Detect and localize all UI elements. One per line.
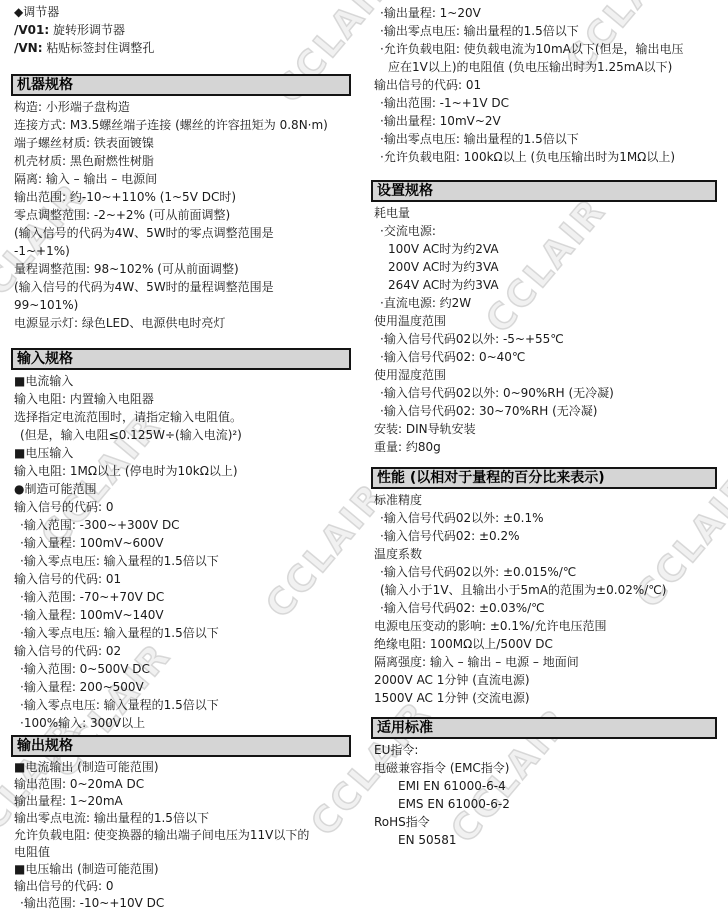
text-line: EU指令: <box>371 741 717 759</box>
line-text: 输出零点电流: 输出量程的1.5倍以下 <box>14 811 209 825</box>
text-line: /V01: 旋转形调节器 <box>11 21 351 39</box>
text-line: 量程调整范围: 98~102% (可从前面调整) <box>11 260 351 278</box>
text-line: ·输入范围: -70~+70V DC <box>11 588 351 606</box>
line-text: 99~101%) <box>14 298 78 312</box>
line-text: 绝缘电阻: 100MΩ以上/500V DC <box>374 637 553 651</box>
line-text: 电源显示灯: 绿色LED、电源供电时亮灯 <box>14 316 225 330</box>
line-text: ·输入范围: -70~+70V DC <box>20 590 164 604</box>
text-line: ■电流输出 (制造可能范围) <box>11 759 351 776</box>
text-line: 100V AC时为约2VA <box>371 240 717 258</box>
section-title: 设置规格 <box>377 183 433 199</box>
line-text: ·输入信号代码02: ±0.2% <box>380 529 519 543</box>
line-text: ·输入零点电压: 输入量程的1.5倍以下 <box>20 626 219 640</box>
line-text: 旋转形调节器 <box>49 23 125 37</box>
text-line: ·输入量程: 200~500V <box>11 678 351 696</box>
text-line: 标准精度 <box>371 491 717 509</box>
text-line: ·100%输入: 300V以上 <box>11 714 351 732</box>
line-text: 连接方式: M3.5螺丝端子连接 (螺丝的许容扭矩为 0.8N·m) <box>14 118 328 132</box>
text-line: ■电压输出 (制造可能范围) <box>11 861 351 878</box>
line-text: 输入电阻: 内置输入电阻器 <box>14 392 154 406</box>
text-line: ·输入范围: -300~+300V DC <box>11 516 351 534</box>
line-text: 100V AC时为约2VA <box>388 242 499 256</box>
section-header-applicable-standards: 适用标准 <box>371 717 717 739</box>
text-line: ·输入信号代码02以外: 0~90%RH (无冷凝) <box>371 384 717 402</box>
text-line: 输出量程: 1~20mA <box>11 793 351 810</box>
text-line: ·允许负载电阻: 100kΩ以上 (负电压输出时为1MΩ以上) <box>371 148 717 166</box>
line-text: ■电压输出 (制造可能范围) <box>14 862 159 876</box>
text-line: ·输入信号代码02: 0~40℃ <box>371 348 717 366</box>
text-line: ·输入量程: 100mV~600V <box>11 534 351 552</box>
text-line: 输出信号的代码: 01 <box>371 76 717 94</box>
line-text: EU指令: <box>374 743 418 757</box>
line-text: 选择指定电流范围时，请指定输入电阻值。 <box>14 410 242 424</box>
text-line: ·输出范围: -10~+10V DC <box>11 895 351 912</box>
text-line: /VN: 粘贴标签封住调整孔 <box>11 39 351 57</box>
line-text: ·输入量程: 100mV~140V <box>20 608 164 622</box>
text-line: 输出范围: 0~20mA DC <box>11 776 351 793</box>
text-line: 使用湿度范围 <box>371 366 717 384</box>
line-text: ◆调节器 <box>14 5 59 19</box>
line-text: ·输出范围: -1~+1V DC <box>380 96 509 110</box>
section-header-machine-specs: 机器规格 <box>11 74 351 96</box>
text-line: ·输出量程: 1~20V <box>371 4 717 22</box>
text-line: (输入信号的代码为4W、5W时的零点调整范围是 <box>11 224 351 242</box>
text-line: 零点调整范围: -2~+2% (可从前面调整) <box>11 206 351 224</box>
line-text: 端子螺丝材质: 铁表面镀镍 <box>14 136 154 150</box>
line-text: ·输入信号代码02: 0~40℃ <box>380 350 525 364</box>
line-text: (输入小于1V、且输出小于5mA的范围为±0.02%/℃) <box>380 583 666 597</box>
text-line: ·允许负载电阻: 使负载电流为10mA以下(但是，输出电压 <box>371 40 717 58</box>
text-line: -1~+1%) <box>11 242 351 260</box>
section-title: 性能 (以相对于量程的百分比来表示) <box>377 470 605 486</box>
text-line: ·输入零点电压: 输入量程的1.5倍以下 <box>11 552 351 570</box>
line-text: 重量: 约80g <box>374 440 441 454</box>
line-text: 构造: 小形端子盘构造 <box>14 100 130 114</box>
line-text: ·输出量程: 1~20V <box>380 6 481 20</box>
text-line: ·输出范围: -1~+1V DC <box>371 94 717 112</box>
text-line: ·输入信号代码02以外: ±0.1% <box>371 509 717 527</box>
text-line: 输入信号的代码: 01 <box>11 570 351 588</box>
line-text: -1~+1%) <box>14 244 70 258</box>
line-text: ■电流输入 <box>14 374 73 388</box>
line-text: 输入信号的代码: 02 <box>14 644 121 658</box>
text-line: ■电压输入 <box>11 444 351 462</box>
line-text: 电源电压变动的影响: ±0.1%/允许电压范围 <box>374 619 606 633</box>
spacer <box>371 707 717 717</box>
text-line: ·输入信号代码02: 30~70%RH (无冷凝) <box>371 402 717 420</box>
line-text: ·输入信号代码02: 30~70%RH (无冷凝) <box>380 404 597 418</box>
spacer <box>11 57 351 74</box>
text-line: 输入信号的代码: 02 <box>11 642 351 660</box>
text-line: ·输入信号代码02: ±0.03%/℃ <box>371 599 717 617</box>
text-line: ·输入信号代码02: ±0.2% <box>371 527 717 545</box>
text-line: (但是，输入电阻≤0.125W÷(输入电流)²) <box>11 426 351 444</box>
text-line: 输入电阻: 1MΩ以上 (停电时为10kΩ以上) <box>11 462 351 480</box>
line-text: ·允许负载电阻: 100kΩ以上 (负电压输出时为1MΩ以上) <box>380 150 675 164</box>
option-code: /VN: <box>14 41 43 55</box>
text-line: ·输入零点电压: 输入量程的1.5倍以下 <box>11 624 351 642</box>
line-text: 200V AC时为约3VA <box>388 260 499 274</box>
line-text: 应在1V以上)的电阻值 (负电压输出时为1.25mA以下) <box>388 60 672 74</box>
line-text: 允许负载电阻: 使变换器的输出端子间电压为11V以下的 <box>14 828 309 842</box>
line-text: 输出信号的代码: 0 <box>14 879 114 893</box>
spacer <box>371 456 717 467</box>
text-line: 2000V AC 1分钟 (直流电源) <box>371 671 717 689</box>
right-column: ·输出量程: 1~20V·输出零点电压: 输出量程的1.5倍以下·允许负载电阻:… <box>371 0 717 849</box>
line-text: EMS EN 61000-6-2 <box>398 797 510 811</box>
line-text: 2000V AC 1分钟 (直流电源) <box>374 673 530 687</box>
text-line: ·输出量程: 10mV~2V <box>371 112 717 130</box>
text-line: 输出范围: 约-10~+110% (1~5V DC时) <box>11 188 351 206</box>
line-text: (但是，输入电阻≤0.125W÷(输入电流)²) <box>20 428 242 442</box>
line-text: ·交流电源: <box>380 224 436 238</box>
text-line: 选择指定电流范围时，请指定输入电阻值。 <box>11 408 351 426</box>
line-text: 输出范围: 0~20mA DC <box>14 777 144 791</box>
text-line: 温度系数 <box>371 545 717 563</box>
line-text: 安装: DIN导轨安装 <box>374 422 476 436</box>
line-text: ·输出范围: -10~+10V DC <box>20 896 164 910</box>
text-line: ·输出零点电压: 输出量程的1.5倍以下 <box>371 130 717 148</box>
line-text: RoHS指令 <box>374 815 430 829</box>
line-text: 电阻值 <box>14 845 50 859</box>
line-text: ·输入信号代码02以外: 0~90%RH (无冷凝) <box>380 386 614 400</box>
line-text: ·输入信号代码02以外: ±0.015%/℃ <box>380 565 576 579</box>
line-text: 隔离强度: 输入 – 输出 – 电源 – 地面间 <box>374 655 579 669</box>
section-title: 适用标准 <box>377 720 433 736</box>
line-text: ·允许负载电阻: 使负载电流为10mA以下(但是，输出电压 <box>380 42 684 56</box>
text-line: 隔离强度: 输入 – 输出 – 电源 – 地面间 <box>371 653 717 671</box>
text-line: 264V AC时为约3VA <box>371 276 717 294</box>
text-line: 输出信号的代码: 0 <box>11 878 351 895</box>
line-text: ·直流电源: 约2W <box>380 296 471 310</box>
section-title: 输入规格 <box>17 351 73 367</box>
line-text: ·输出量程: 10mV~2V <box>380 114 501 128</box>
section-header-performance: 性能 (以相对于量程的百分比来表示) <box>371 467 717 489</box>
line-text: 标准精度 <box>374 493 422 507</box>
text-line: 200V AC时为约3VA <box>371 258 717 276</box>
line-text: 输出量程: 1~20mA <box>14 794 123 808</box>
text-line: 电磁兼容指令 (EMC指令) <box>371 759 717 777</box>
line-text: ■电压输入 <box>14 446 73 460</box>
line-text: ■电流输出 (制造可能范围) <box>14 760 159 774</box>
line-text: 1500V AC 1分钟 (交流电源) <box>374 691 530 705</box>
text-line: ·直流电源: 约2W <box>371 294 717 312</box>
text-line: 输入信号的代码: 0 <box>11 498 351 516</box>
text-line: 机壳材质: 黑色耐燃性树脂 <box>11 152 351 170</box>
line-text: ·输入范围: 0~500V DC <box>20 662 150 676</box>
text-line: 允许负载电阻: 使变换器的输出端子间电压为11V以下的 <box>11 827 351 844</box>
text-line: 电阻值 <box>11 844 351 861</box>
text-line: 使用温度范围 <box>371 312 717 330</box>
spacer <box>11 332 351 348</box>
text-line: ·输入信号代码02以外: ±0.015%/℃ <box>371 563 717 581</box>
line-text: (输入信号的代码为4W、5W时的零点调整范围是 <box>14 226 274 240</box>
text-line: (输入小于1V、且输出小于5mA的范围为±0.02%/℃) <box>371 581 717 599</box>
text-line: 隔离: 输入 – 输出 – 电源间 <box>11 170 351 188</box>
line-text: 输入信号的代码: 01 <box>14 572 121 586</box>
left-column: ◆调节器/V01: 旋转形调节器/VN: 粘贴标签封住调整孔机器规格构造: 小形… <box>11 0 351 912</box>
line-text: EMI EN 61000-6-4 <box>398 779 506 793</box>
line-text: 输出范围: 约-10~+110% (1~5V DC时) <box>14 190 236 204</box>
line-text: 使用温度范围 <box>374 314 446 328</box>
datasheet-page: CCLAIR CCLAIR CCLAIR CCLAIR CCLAIR CCLAI… <box>0 0 728 913</box>
text-line: 1500V AC 1分钟 (交流电源) <box>371 689 717 707</box>
text-line: 安装: DIN导轨安装 <box>371 420 717 438</box>
section-header-setting-specs: 设置规格 <box>371 180 717 202</box>
line-text: 输出信号的代码: 01 <box>374 78 481 92</box>
section-header-output-specs: 输出规格 <box>11 735 351 757</box>
text-line: ·输入信号代码02以外: -5~+55℃ <box>371 330 717 348</box>
text-line: ·交流电源: <box>371 222 717 240</box>
text-line: (输入信号的代码为4W、5W时的量程调整范围是 <box>11 278 351 296</box>
line-text: 264V AC时为约3VA <box>388 278 499 292</box>
line-text: EN 50581 <box>398 833 457 847</box>
line-text: 耗电量 <box>374 206 410 220</box>
text-line: 绝缘电阻: 100MΩ以上/500V DC <box>371 635 717 653</box>
line-text: 量程调整范围: 98~102% (可从前面调整) <box>14 262 239 276</box>
line-text: ·输入零点电压: 输入量程的1.5倍以下 <box>20 554 219 568</box>
text-line: 99~101%) <box>11 296 351 314</box>
section-header-input-specs: 输入规格 <box>11 348 351 370</box>
text-line: ■电流输入 <box>11 372 351 390</box>
line-text: ·100%输入: 300V以上 <box>20 716 145 730</box>
line-text: ·输入量程: 100mV~600V <box>20 536 164 550</box>
text-line: 连接方式: M3.5螺丝端子连接 (螺丝的许容扭矩为 0.8N·m) <box>11 116 351 134</box>
line-text: ·输出零点电压: 输出量程的1.5倍以下 <box>380 132 579 146</box>
text-line: ◆调节器 <box>11 3 351 21</box>
line-text: ·输入信号代码02以外: -5~+55℃ <box>380 332 564 346</box>
line-text: 电磁兼容指令 (EMC指令) <box>374 761 510 775</box>
line-text: 温度系数 <box>374 547 422 561</box>
line-text: ·输入信号代码02以外: ±0.1% <box>380 511 543 525</box>
text-line: ·输出零点电压: 输出量程的1.5倍以下 <box>371 22 717 40</box>
text-line: 重量: 约80g <box>371 438 717 456</box>
text-line: 应在1V以上)的电阻值 (负电压输出时为1.25mA以下) <box>371 58 717 76</box>
section-title: 机器规格 <box>17 77 73 93</box>
text-line: EMI EN 61000-6-4 <box>371 777 717 795</box>
spacer <box>371 166 717 180</box>
line-text: ·输出零点电压: 输出量程的1.5倍以下 <box>380 24 579 38</box>
option-code: /V01: <box>14 23 49 37</box>
text-line: 电源显示灯: 绿色LED、电源供电时亮灯 <box>11 314 351 332</box>
line-text: 使用湿度范围 <box>374 368 446 382</box>
section-title: 输出规格 <box>17 738 73 754</box>
text-line: RoHS指令 <box>371 813 717 831</box>
line-text: ·输入信号代码02: ±0.03%/℃ <box>380 601 545 615</box>
text-line: 输入电阻: 内置输入电阻器 <box>11 390 351 408</box>
line-text: 隔离: 输入 – 输出 – 电源间 <box>14 172 157 186</box>
text-line: EN 50581 <box>371 831 717 849</box>
text-line: 耗电量 <box>371 204 717 222</box>
text-line: ·输入零点电压: 输入量程的1.5倍以下 <box>11 696 351 714</box>
line-text: 粘贴标签封住调整孔 <box>43 41 155 55</box>
text-line: 输出零点电流: 输出量程的1.5倍以下 <box>11 810 351 827</box>
text-line: ●制造可能范围 <box>11 480 351 498</box>
text-line: 端子螺丝材质: 铁表面镀镍 <box>11 134 351 152</box>
line-text: ·输入范围: -300~+300V DC <box>20 518 180 532</box>
line-text: ·输入零点电压: 输入量程的1.5倍以下 <box>20 698 219 712</box>
line-text: 输入信号的代码: 0 <box>14 500 114 514</box>
line-text: ●制造可能范围 <box>14 482 96 496</box>
text-line: 电源电压变动的影响: ±0.1%/允许电压范围 <box>371 617 717 635</box>
line-text: 机壳材质: 黑色耐燃性树脂 <box>14 154 154 168</box>
text-line: EMS EN 61000-6-2 <box>371 795 717 813</box>
line-text: 零点调整范围: -2~+2% (可从前面调整) <box>14 208 230 222</box>
text-line: 构造: 小形端子盘构造 <box>11 98 351 116</box>
line-text: ·输入量程: 200~500V <box>20 680 144 694</box>
line-text: (输入信号的代码为4W、5W时的量程调整范围是 <box>14 280 274 294</box>
text-line: ·输入量程: 100mV~140V <box>11 606 351 624</box>
text-line: ·输入范围: 0~500V DC <box>11 660 351 678</box>
line-text: 输入电阻: 1MΩ以上 (停电时为10kΩ以上) <box>14 464 238 478</box>
